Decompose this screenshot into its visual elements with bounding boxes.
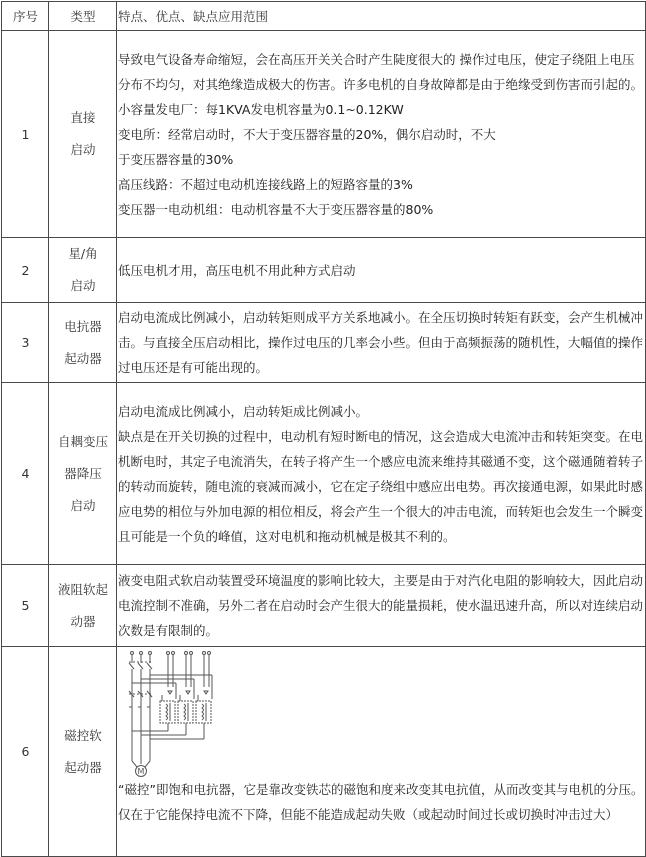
svg-text:M: M: [138, 767, 145, 776]
desc-line: 启动电流成比例减小，启动转矩则成平方关系地减小。在全压切换时转矩有跃变，会产生机…: [118, 305, 645, 380]
row-type: 星/角 启动: [49, 238, 117, 303]
row-index: 2: [2, 238, 49, 303]
desc-line: 小容量发电厂：每1KVA发电机容量为0.1~0.12KW: [118, 97, 645, 122]
desc-line: 缺点是在开关切换的过程中，电动机有短时断电的情况，这会造成大电流冲击和转矩突变。…: [118, 424, 645, 549]
type-line: 星/角: [50, 238, 116, 270]
desc-line: 液变电阻式软启动装置受环境温度的影响比较大，主要是由于对汽化电阻的影响较大，因此…: [118, 568, 645, 643]
desc-line: 导致电气设备寿命缩短，会在高压开关关合时产生陡度很大的 操作过电压，使定子绕阻上…: [118, 47, 645, 97]
desc-line: 变电所：经常启动时，不大于变压器容量的20%，偶尔启动时，不大: [118, 122, 645, 147]
type-line: 自耦变压: [50, 426, 116, 458]
row-type: 磁控软 起动器: [49, 647, 117, 851]
table-row: 4 自耦变压 器降压 启动 启动电流成比例减小，启动转矩成比例减小。 缺点是在开…: [2, 383, 646, 565]
table-row: 1 直接 启动 导致电气设备寿命缩短，会在高压开关关合时产生陡度很大的 操作过电…: [2, 31, 646, 238]
row-description: 低压电机才用，高压电机不用此种方式启动: [117, 238, 646, 303]
desc-line: 启动电流成比例减小，启动转矩成比例减小。: [118, 399, 645, 424]
type-line: 器降压: [50, 458, 116, 490]
row-type: 直接 启动: [49, 31, 117, 238]
header-type: 类型: [49, 2, 117, 31]
type-line: 起动器: [50, 343, 116, 375]
header-index: 序号: [2, 2, 49, 31]
row-index: 6: [2, 647, 49, 851]
row-description: 启动电流成比例减小，启动转矩成比例减小。 缺点是在开关切换的过程中，电动机有短时…: [117, 383, 646, 565]
desc-line: 高压线路：不超过电动机连接线路上的短路容量的3%: [118, 172, 645, 197]
row-index: 3: [2, 303, 49, 383]
row-type: 自耦变压 器降压 启动: [49, 383, 117, 565]
type-line: 动器: [50, 606, 116, 638]
row-index: 4: [2, 383, 49, 565]
row-description: 导致电气设备寿命缩短，会在高压开关关合时产生陡度很大的 操作过电压，使定子绕阻上…: [117, 31, 646, 238]
type-line: 启动: [50, 270, 116, 302]
starter-comparison-table: 序号 类型 特点、优点、缺点应用范围 1 直接 启动 导致电气设备寿命缩短，会在…: [1, 1, 646, 850]
row-index: 5: [2, 565, 49, 647]
row-description: 液变电阻式软启动装置受环境温度的影响比较大，主要是由于对汽化电阻的影响较大，因此…: [117, 565, 646, 647]
desc-line: 低压电机才用，高压电机不用此种方式启动: [118, 258, 645, 283]
desc-line: 变压器一电动机组：电动机容量不大于变压器容量的80%: [118, 197, 645, 222]
row-type: 液阻软起 动器: [49, 565, 117, 647]
table-row: 2 星/角 启动 低压电机才用，高压电机不用此种方式启动: [2, 238, 646, 303]
table-row: 6 磁控软 起动器: [2, 647, 646, 851]
desc-line: 于变压器容量的30%: [118, 147, 645, 172]
row-type: 电抗器 起动器: [49, 303, 117, 383]
type-line: 液阻软起: [50, 574, 116, 606]
type-line: 电抗器: [50, 311, 116, 343]
header-row: 序号 类型 特点、优点、缺点应用范围: [2, 2, 646, 31]
row-description: M “磁控”即饱和电抗器，它是靠改变铁芯的磁饱和度来改变其电抗值，从而改变其与电…: [117, 647, 646, 851]
row-index: 1: [2, 31, 49, 238]
table-row: 5 液阻软起 动器 液变电阻式软启动装置受环境温度的影响比较大，主要是由于对汽化…: [2, 565, 646, 647]
type-line: 直接: [50, 102, 116, 134]
type-line: 磁控软: [50, 720, 116, 752]
circuit-diagram-icon: M: [126, 649, 236, 777]
type-line: 启动: [50, 490, 116, 522]
desc-line: “磁控”即饱和电抗器，它是靠改变铁芯的磁饱和度来改变其电抗值，从而改变其与电机的…: [118, 777, 645, 827]
row-description: 启动电流成比例减小，启动转矩则成平方关系地减小。在全压切换时转矩有跃变，会产生机…: [117, 303, 646, 383]
type-line: 起动器: [50, 752, 116, 784]
type-line: 启动: [50, 134, 116, 166]
table-row: 3 电抗器 起动器 启动电流成比例减小，启动转矩则成平方关系地减小。在全压切换时…: [2, 303, 646, 383]
header-description: 特点、优点、缺点应用范围: [117, 2, 646, 31]
